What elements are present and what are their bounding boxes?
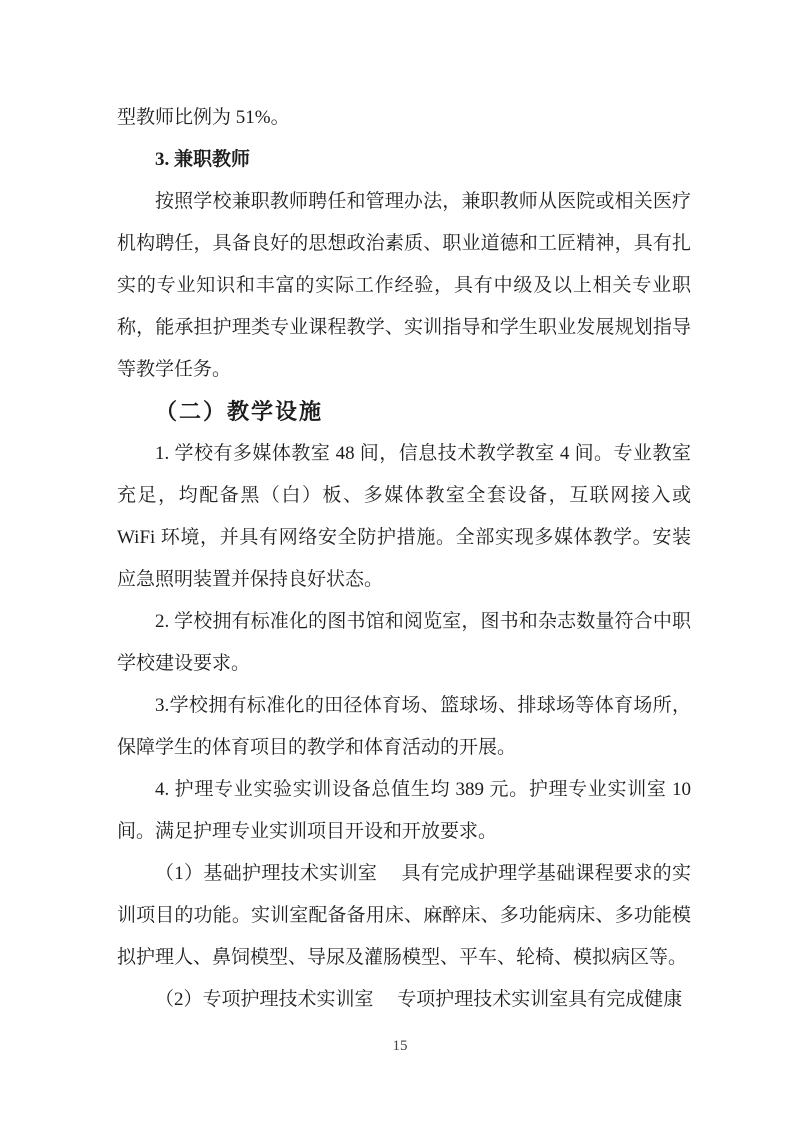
- document-page: 型教师比例为 51%。3. 兼职教师按照学校兼职教师聘任和管理办法，兼职教师从医…: [0, 0, 800, 1131]
- body-paragraph-special-nursing-room: （2）专项护理技术实训室 专项护理技术实训室具有完成健康: [117, 979, 691, 1021]
- body-paragraph-basic-nursing-room: （1）基础护理技术实训室 具有完成护理学基础课程要求的实训项目的功能。实训室配备…: [117, 853, 691, 979]
- page-number: 15: [0, 1036, 800, 1056]
- continued-line: 型教师比例为 51%。: [117, 97, 691, 139]
- section-heading-teaching-facilities: （二）教学设施: [117, 391, 691, 433]
- subsection-heading-part-time-teachers: 3. 兼职教师: [117, 139, 691, 181]
- body-paragraph-part-time-teachers: 按照学校兼职教师聘任和管理办法，兼职教师从医院或相关医疗机构聘任，具备良好的思想…: [117, 181, 691, 391]
- body-paragraph-training-equipment: 4. 护理专业实验实训设备总值生均 389 元。护理专业实训室 10 间。满足护…: [117, 769, 691, 853]
- body-paragraph-sports-grounds: 3.学校拥有标准化的田径体育场、篮球场、排球场等体育场所，保障学生的体育项目的教…: [117, 685, 691, 769]
- body-paragraph-classrooms: 1. 学校有多媒体教室 48 间，信息技术教学教室 4 间。专业教室充足，均配备…: [117, 433, 691, 601]
- page-content: 型教师比例为 51%。3. 兼职教师按照学校兼职教师聘任和管理办法，兼职教师从医…: [117, 97, 691, 1021]
- body-paragraph-library: 2. 学校拥有标准化的图书馆和阅览室，图书和杂志数量符合中职学校建设要求。: [117, 601, 691, 685]
